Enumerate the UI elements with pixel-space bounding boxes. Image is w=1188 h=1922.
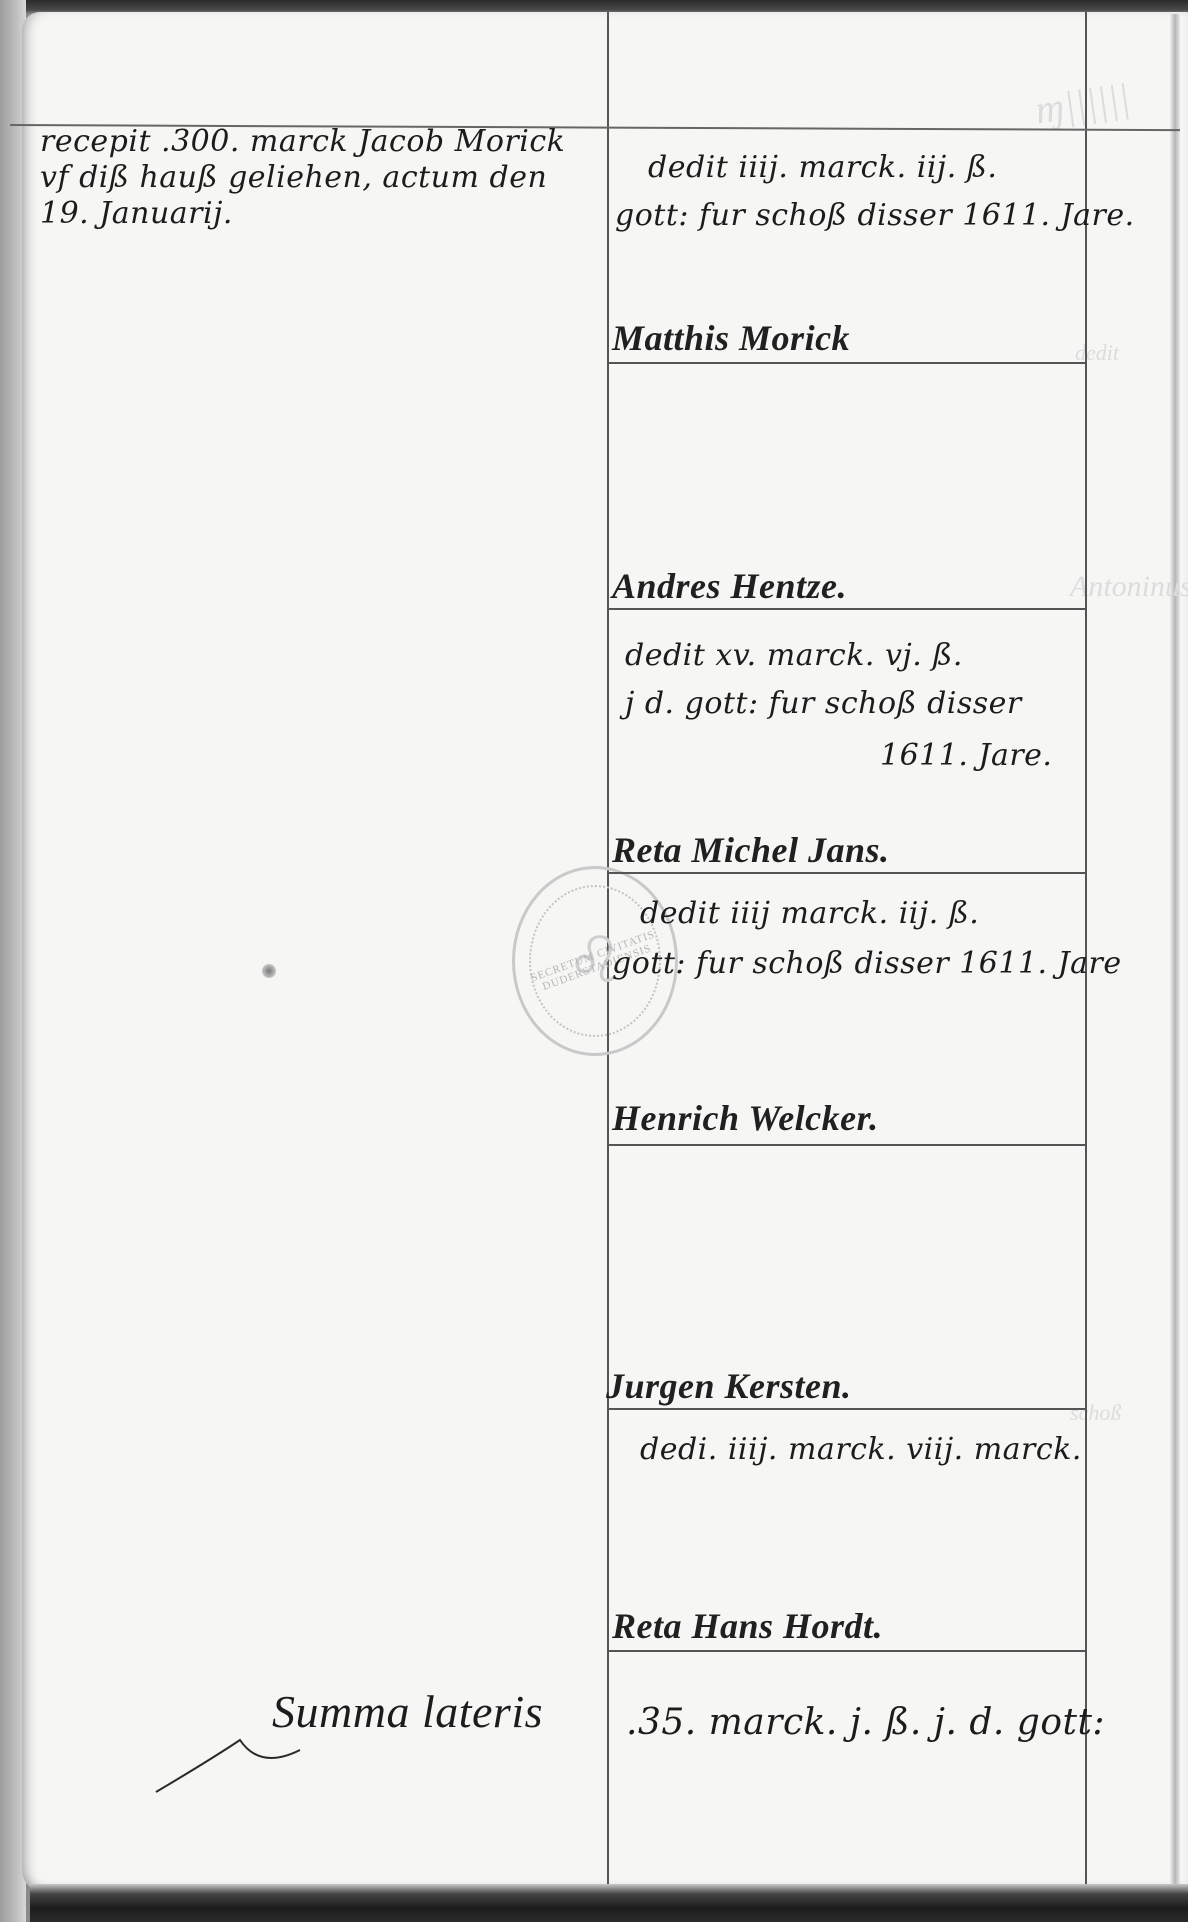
entry-line: 1611. Jare. <box>880 736 1052 776</box>
entry-line: dedi. iiij. marck. viij. marck. <box>640 1430 1082 1470</box>
entry-line: dedit iiij marck. iij. ß. <box>640 894 979 934</box>
entry-line: gott: fur schoß disser 1611. Jare. <box>615 196 1135 236</box>
entry-line: j d. gott: fur schoß disser <box>625 684 1022 724</box>
entry-rule <box>607 1650 1085 1652</box>
ink-smudge <box>262 964 276 978</box>
note-line: vf diß hauß geliehen, actum den <box>40 158 547 198</box>
summa-label: Summa lateris <box>272 1684 543 1740</box>
entry-rule <box>607 872 1085 874</box>
entry-rule <box>607 362 1085 364</box>
note-line: 19. Januarij. <box>40 194 233 234</box>
entry-line: gott: fur schoß disser 1611. Jare <box>612 944 1122 984</box>
entry-line: dedit xv. marck. vj. ß. <box>625 636 963 676</box>
show-through-text: Antoninus <box>1070 570 1188 604</box>
entry-name: Reta Hans Hordt. <box>612 1604 883 1648</box>
note-line: recepit .300. marck Jacob Morick <box>40 122 565 162</box>
entry-name: Andres Hentze. <box>612 564 847 608</box>
entry-rule <box>607 1144 1085 1146</box>
entry-rule <box>607 1408 1085 1410</box>
entry-line: dedit iiij. marck. iij. ß. <box>648 148 997 188</box>
entry-name: Reta Michel Jans. <box>612 828 890 872</box>
entry-name: Henrich Welcker. <box>612 1096 879 1140</box>
page-edge-right <box>1170 14 1180 1894</box>
entry-name: Jurgen Kersten. <box>606 1364 852 1408</box>
summa-value: .35. marck. j. ß. j. d. gott: <box>626 1700 1105 1746</box>
document-scan: ɱ|||||| Antoninus dedit schoß recepit .3… <box>0 0 1188 1922</box>
entry-name: Matthis Morick <box>612 316 850 360</box>
entry-rule <box>607 608 1085 610</box>
flourish-stroke <box>150 1700 310 1800</box>
page-edge-bottom <box>30 1884 1188 1922</box>
show-through-text: schoß <box>1070 1400 1121 1426</box>
